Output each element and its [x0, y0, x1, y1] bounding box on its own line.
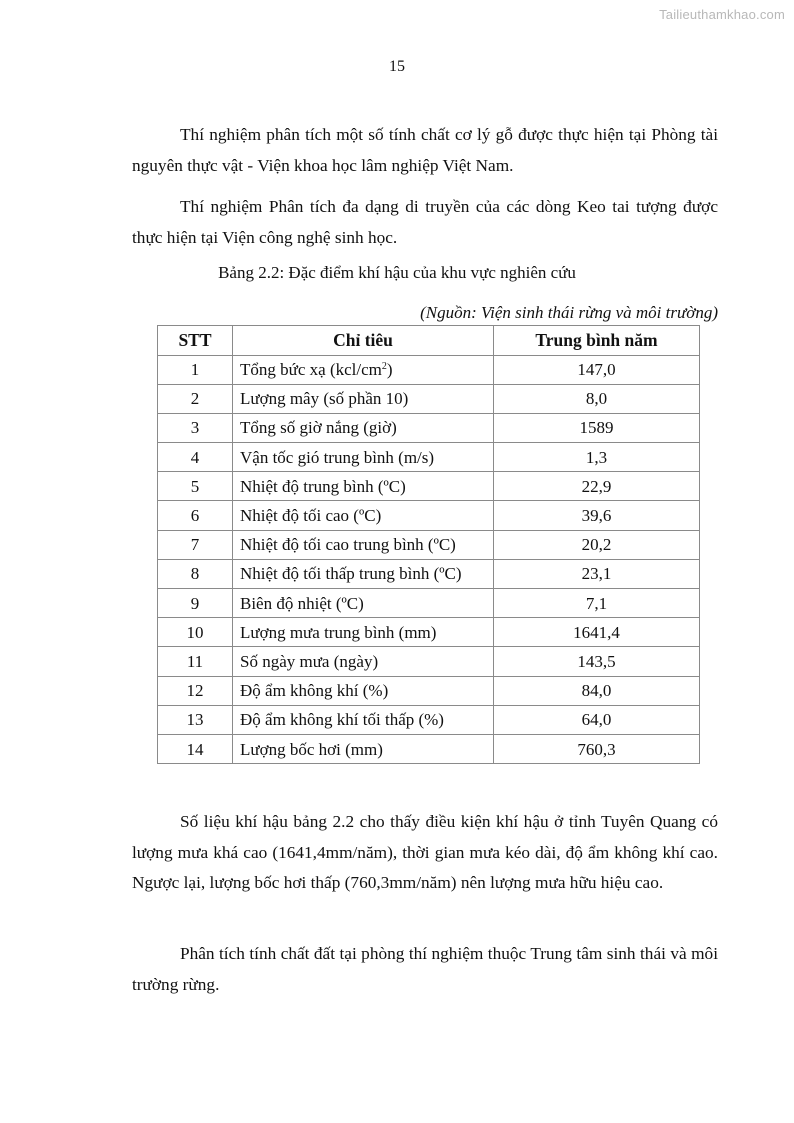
- table-row: 12Độ ẩm không khí (%)84,0: [158, 676, 700, 705]
- cell-stt: 7: [158, 530, 233, 559]
- cell-stt: 2: [158, 384, 233, 413]
- table-row: 4Vận tốc gió trung bình (m/s)1,3: [158, 443, 700, 472]
- cell-indicator: Số ngày mưa (ngày): [233, 647, 494, 676]
- table-header-row: STT Chỉ tiêu Trung bình năm: [158, 326, 700, 356]
- table-row: 8Nhiệt độ tối thấp trung bình (ºC)23,1: [158, 559, 700, 588]
- cell-indicator: Nhiệt độ tối thấp trung bình (ºC): [233, 559, 494, 588]
- cell-stt: 6: [158, 501, 233, 530]
- table-row: 11Số ngày mưa (ngày)143,5: [158, 647, 700, 676]
- table-caption: Bảng 2.2: Đặc điểm khí hậu của khu vực n…: [0, 263, 794, 283]
- cell-indicator: Nhiệt độ tối cao trung bình (ºC): [233, 530, 494, 559]
- paragraph-climate-summary: Số liệu khí hậu bảng 2.2 cho thấy điều k…: [132, 807, 718, 899]
- table-source: (Nguồn: Viện sinh thái rừng và môi trườn…: [420, 303, 718, 323]
- table-row: 2Lượng mây (số phần 10)8,0: [158, 384, 700, 413]
- cell-value: 1589: [494, 413, 700, 442]
- cell-indicator: Lượng mây (số phần 10): [233, 384, 494, 413]
- indicator-text: Tổng bức xạ (kcl/cm: [240, 360, 382, 379]
- paragraph-wood-test: Thí nghiệm phân tích một số tính chất cơ…: [132, 120, 718, 181]
- cell-stt: 10: [158, 618, 233, 647]
- table-row: 6Nhiệt độ tối cao (ºC)39,6: [158, 501, 700, 530]
- cell-indicator: Độ ẩm không khí tối thấp (%): [233, 705, 494, 734]
- cell-stt: 13: [158, 705, 233, 734]
- cell-value: 8,0: [494, 384, 700, 413]
- table-row: 10Lượng mưa trung bình (mm)1641,4: [158, 618, 700, 647]
- cell-indicator: Lượng bốc hơi (mm): [233, 734, 494, 763]
- table-row: 5Nhiệt độ trung bình (ºC)22,9: [158, 472, 700, 501]
- cell-value: 760,3: [494, 734, 700, 763]
- cell-indicator: Nhiệt độ trung bình (ºC): [233, 472, 494, 501]
- table-row: 14Lượng bốc hơi (mm)760,3: [158, 734, 700, 763]
- cell-value: 84,0: [494, 676, 700, 705]
- cell-value: 7,1: [494, 589, 700, 618]
- cell-value: 39,6: [494, 501, 700, 530]
- cell-stt: 11: [158, 647, 233, 676]
- cell-stt: 3: [158, 413, 233, 442]
- cell-stt: 12: [158, 676, 233, 705]
- table-row: 7Nhiệt độ tối cao trung bình (ºC)20,2: [158, 530, 700, 559]
- cell-value: 20,2: [494, 530, 700, 559]
- cell-value: 23,1: [494, 559, 700, 588]
- table-row: 9Biên độ nhiệt (ºC)7,1: [158, 589, 700, 618]
- paragraph-genetic-test: Thí nghiệm Phân tích đa dạng di truyền c…: [132, 192, 718, 253]
- paragraph-soil-analysis: Phân tích tính chất đất tại phòng thí ng…: [132, 939, 718, 1000]
- cell-stt: 4: [158, 443, 233, 472]
- cell-stt: 14: [158, 734, 233, 763]
- cell-indicator: Biên độ nhiệt (ºC): [233, 589, 494, 618]
- header-stt: STT: [158, 326, 233, 356]
- cell-indicator: Vận tốc gió trung bình (m/s): [233, 443, 494, 472]
- table-row: 1Tổng bức xạ (kcl/cm2)147,0: [158, 355, 700, 384]
- page-number: 15: [0, 58, 794, 76]
- cell-value: 22,9: [494, 472, 700, 501]
- header-annual-average: Trung bình năm: [494, 326, 700, 356]
- table-row: 3Tổng số giờ nắng (giờ)1589: [158, 413, 700, 442]
- climate-table: STT Chỉ tiêu Trung bình năm 1Tổng bức xạ…: [157, 325, 700, 764]
- cell-stt: 9: [158, 589, 233, 618]
- cell-stt: 8: [158, 559, 233, 588]
- cell-indicator: Độ ẩm không khí (%): [233, 676, 494, 705]
- watermark: Tailieuthamkhao.com: [659, 7, 785, 22]
- cell-value: 147,0: [494, 355, 700, 384]
- table-row: 13Độ ẩm không khí tối thấp (%)64,0: [158, 705, 700, 734]
- cell-value: 1,3: [494, 443, 700, 472]
- indicator-suffix: ): [387, 360, 393, 379]
- cell-indicator: Nhiệt độ tối cao (ºC): [233, 501, 494, 530]
- cell-stt: 5: [158, 472, 233, 501]
- cell-value: 64,0: [494, 705, 700, 734]
- cell-indicator: Lượng mưa trung bình (mm): [233, 618, 494, 647]
- cell-indicator: Tổng bức xạ (kcl/cm2): [233, 355, 494, 384]
- cell-indicator: Tổng số giờ nắng (giờ): [233, 413, 494, 442]
- cell-value: 1641,4: [494, 618, 700, 647]
- cell-stt: 1: [158, 355, 233, 384]
- header-indicator: Chỉ tiêu: [233, 326, 494, 356]
- cell-value: 143,5: [494, 647, 700, 676]
